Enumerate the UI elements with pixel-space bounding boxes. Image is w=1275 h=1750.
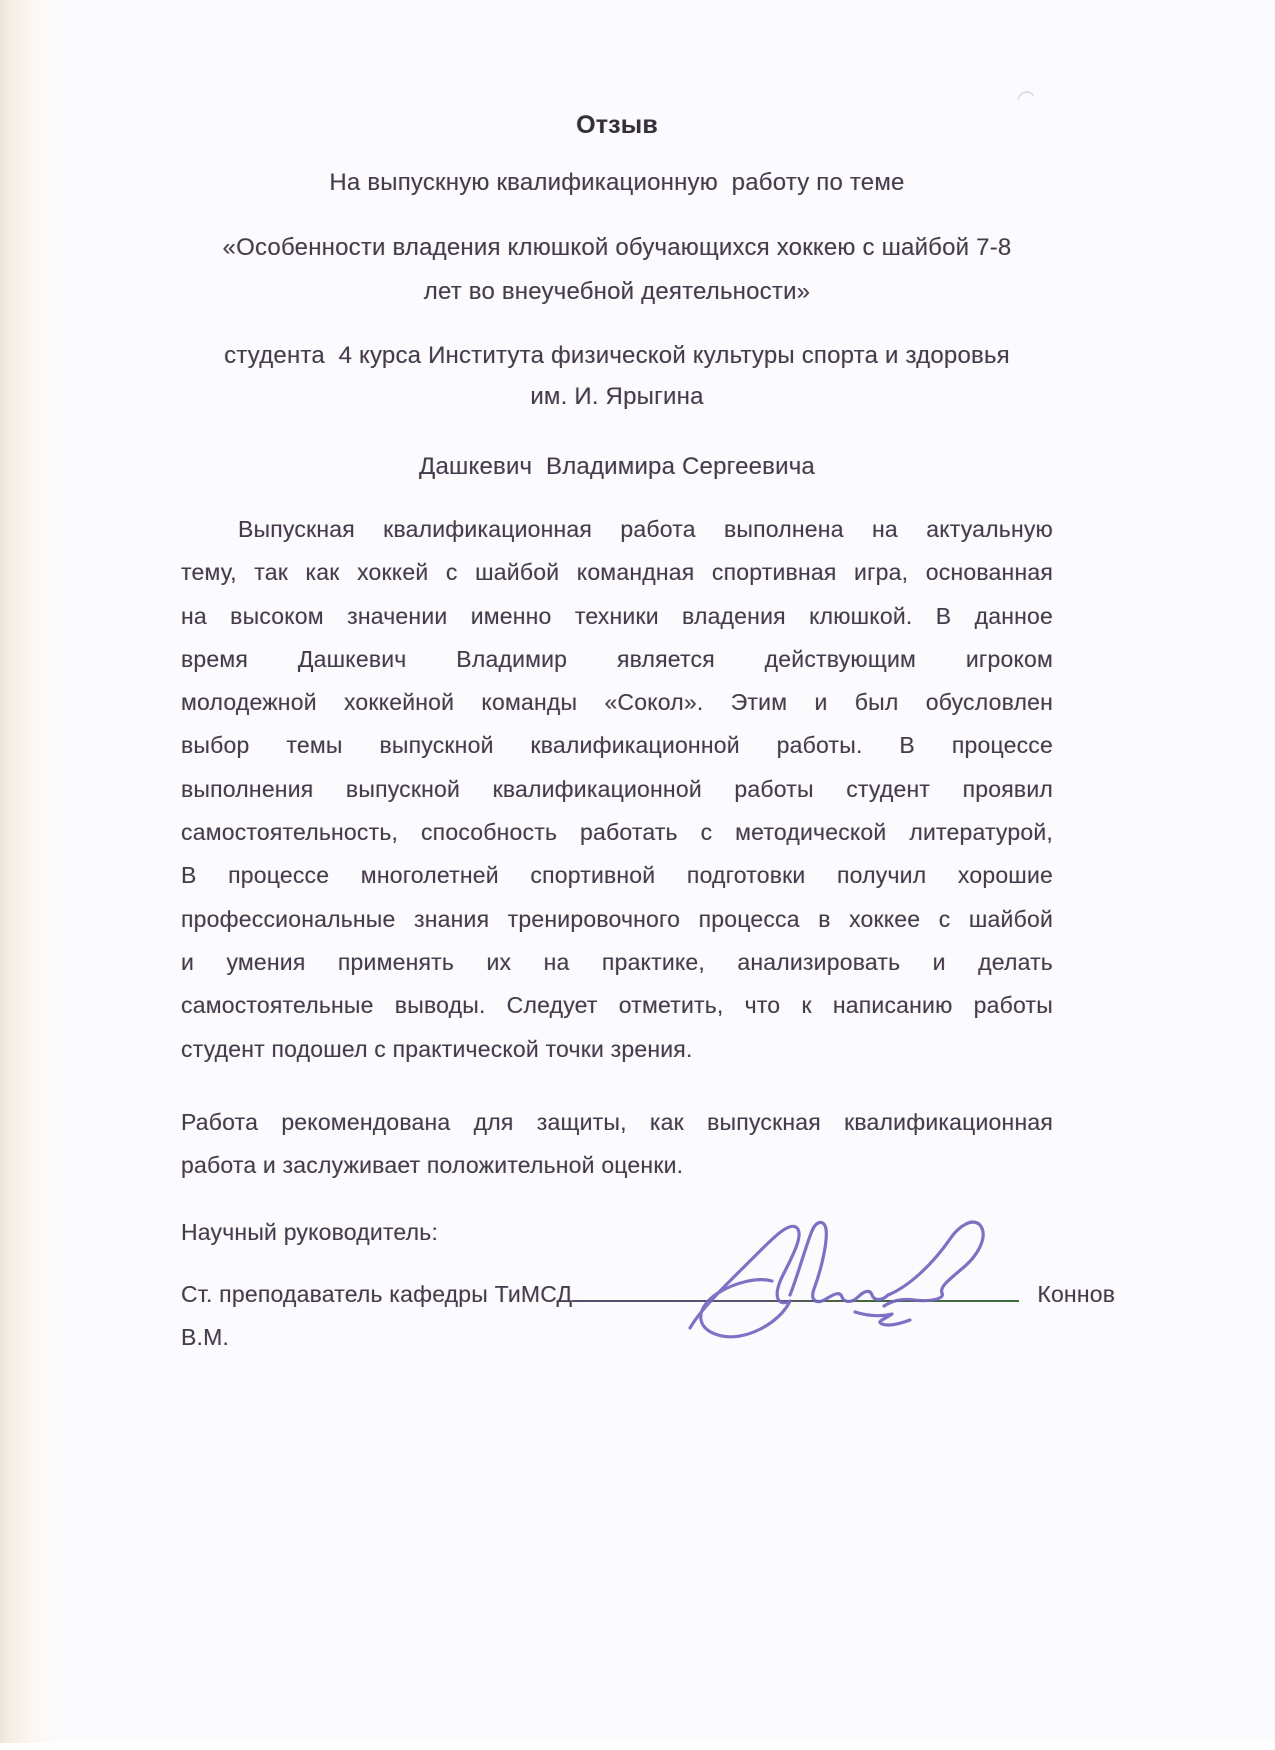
document-subtitle: На выпускную квалификационную работу по … <box>181 161 1053 204</box>
body-line: выбор темы выпускной квалификационной ра… <box>181 724 1053 767</box>
supervisor-position: Ст. преподаватель кафедры ТиМСД <box>181 1281 572 1307</box>
recommendation-line: Работа рекомендована для защиты, как вып… <box>181 1101 1053 1144</box>
document-title: Отзыв <box>181 104 1053 147</box>
thesis-title-line-2: лет во внеучебной деятельности» <box>181 270 1053 313</box>
recommendation-line: работа и заслуживает положительной оценк… <box>181 1144 1053 1187</box>
body-line: на высоком значении именно техники владе… <box>181 595 1053 638</box>
document-content: Отзыв На выпускную квалификационную рабо… <box>181 0 1053 1750</box>
body-line: В процессе многолетней спортивной подгот… <box>181 854 1053 897</box>
student-info-line-1: студента 4 курса Института физической ку… <box>181 334 1053 377</box>
body-line: молодежной хоккейной команды «Сокол». Эт… <box>181 681 1053 724</box>
body-line: время Дашкевич Владимир является действу… <box>181 638 1053 681</box>
body-line: профессиональные знания тренировочного п… <box>181 898 1053 941</box>
student-name: Дашкевич Владимира Сергеевича <box>181 445 1053 488</box>
body-line: студент подошел с практической точки зре… <box>181 1028 1053 1071</box>
recommendation-paragraph: Работа рекомендована для защиты, как вып… <box>181 1101 1053 1188</box>
scanned-document-page: Отзыв На выпускную квалификационную рабо… <box>0 0 1275 1750</box>
body-line: самостоятельные выводы. Следует отметить… <box>181 984 1053 1027</box>
body-line: и умения применять их на практике, анали… <box>181 941 1053 984</box>
signature-ink <box>640 1195 1000 1360</box>
thesis-title-line-1: «Особенности владения клюшкой обучающихс… <box>181 226 1053 269</box>
scan-left-edge-artifact <box>0 0 62 1750</box>
body-line: самостоятельность, способность работать … <box>181 811 1053 854</box>
student-info-line-2: им. И. Ярыгина <box>181 375 1053 418</box>
review-paragraph: Выпускная квалификационная работа выполн… <box>181 508 1053 1071</box>
body-line: Выпускная квалификационная работа выполн… <box>181 508 1053 551</box>
body-line: тему, так как хоккей с шайбой командная … <box>181 551 1053 594</box>
scan-bottom-edge <box>0 1743 1275 1750</box>
body-line: выполнения выпускной квалификационной ра… <box>181 768 1053 811</box>
